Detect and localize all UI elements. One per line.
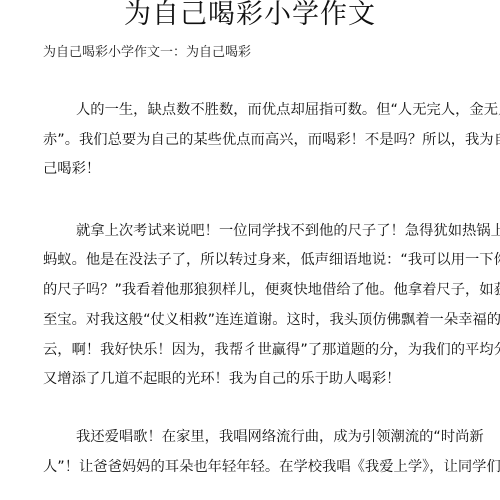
text-line: 我还爱唱歌！在家里，我唱网络流行曲，成为引领潮流的“时尚新 — [76, 427, 484, 447]
text-line: 己喝彩！ — [43, 159, 100, 179]
essay-subtitle: 为自己喝彩小学作文一：为自己喝彩 — [43, 44, 251, 62]
text-line: 至宝。对我这般“仗义相救”连连道谢。这时，我头顶仿佛飘着一朵幸福的 — [43, 310, 500, 330]
text-line: 就拿上次考试来说吧！一位同学找不到他的尺子了！急得犹如热锅上的 — [76, 221, 500, 241]
page-title: 为自己喝彩小学作文 — [0, 0, 500, 32]
text-line: 云，啊！我好快乐！因为，我帮彳世赢得”了那道题的分，为我们的平均分 — [43, 340, 500, 360]
text-line: 蚂蚁。他是在没法子了，所以转过身来，低声细语地说：“我可以用一下你 — [43, 250, 500, 270]
text-line: 的尺子吗？”我看着他那狼狈样儿，便爽快地借给了他。他拿着尺子，如获 — [43, 280, 500, 300]
text-line: 人的一生，缺点数不胜数，而优点却屈指可数。但“人无完人，金无足 — [76, 100, 500, 120]
text-line: 赤”。我们总要为自己的某些优点而高兴，而喝彩！不是吗？所以，我为自 — [43, 130, 500, 150]
text-line: 人”！让爸爸妈妈的耳朵也年轻年轻。在学校我唱《我爱上学》，让同学们 — [43, 457, 500, 477]
text-line: 又增添了几道不起眼的光环！我为自己的乐于助人喝彩！ — [43, 369, 400, 389]
